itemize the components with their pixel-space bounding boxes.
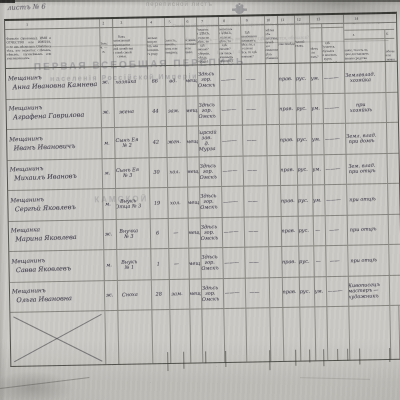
col-header-literacy: Грамотность. а. б. умѣетъ ли читать? гдѣ… bbox=[310, 24, 345, 63]
col-header-name: Фамилія (прозвище), ИМЯ и ОТЧЕСТВО или И… bbox=[5, 28, 101, 68]
cell-age: 1 bbox=[151, 249, 170, 279]
cell-name: Мещанинъ Иванъ Ивановичъ bbox=[7, 128, 103, 159]
cell-relation: Внучка № 3 bbox=[117, 219, 152, 249]
cell-age: 19 bbox=[150, 188, 169, 218]
cell-language: рус. bbox=[299, 216, 315, 246]
top-center-print: переписной листъ bbox=[146, 2, 213, 8]
cell-occupation-side bbox=[389, 245, 399, 275]
cell-sex: ж. bbox=[104, 219, 118, 249]
cell-name: Мещанинъ Сергѣй Яковлевъ bbox=[8, 189, 104, 220]
person-name-entry: Савва Яковлевъ bbox=[11, 266, 71, 275]
cell-resides: —— bbox=[242, 64, 267, 94]
x-cross-mark bbox=[10, 311, 105, 366]
cell-absence bbox=[266, 64, 280, 94]
cell-name: Мещанка Марина Яковлева bbox=[9, 220, 105, 251]
empty-cell bbox=[170, 310, 191, 363]
cell-age: 6 bbox=[151, 219, 170, 249]
cell-absence bbox=[269, 247, 283, 277]
empty-cell bbox=[118, 310, 153, 364]
occupation-a-header: Главное, то есть то, которое доставляетъ… bbox=[344, 39, 386, 62]
col-header-sex: Полъ: м. — ж. bbox=[100, 28, 114, 66]
empty-cell bbox=[246, 308, 271, 361]
cell-resides: —— bbox=[245, 247, 270, 277]
cell-relation: хозяйка bbox=[114, 66, 149, 96]
estate-entry: Мещанинъ bbox=[10, 166, 44, 173]
estate-entry: Мещанка bbox=[11, 227, 40, 234]
col-header-occupation: Занятіе, ремесло, промыслъ, должность ил… bbox=[344, 23, 395, 62]
cell-born: Здѣсь гор. Омскъ bbox=[198, 96, 221, 126]
cell-name: Мещанинъ Анна Ивановна Камнева bbox=[6, 67, 102, 98]
cell-estate-abbr: мещ. bbox=[186, 96, 199, 126]
cell-occupation-side bbox=[386, 62, 396, 92]
cell-literacy-a: ум. bbox=[315, 277, 328, 307]
cell-literacy-b: ——— bbox=[325, 185, 348, 215]
cell-absence bbox=[270, 277, 284, 307]
col-header-estate: Сословіе, состояніе или званіе. bbox=[185, 26, 198, 64]
cell-literacy-a: ум. bbox=[311, 94, 324, 124]
person-name-entry: Ольга Ивановна bbox=[12, 296, 72, 305]
cell-religion: прав. bbox=[281, 155, 299, 185]
cell-born: Здѣсь гор. Омскъ bbox=[200, 187, 223, 217]
cell-literacy-b: ——— bbox=[327, 276, 350, 306]
cell-relation: Внукъ Отца № 3 bbox=[116, 188, 151, 218]
cell-born: Здѣсь гор. Омскъ bbox=[201, 218, 224, 248]
literacy-b-label: б. bbox=[322, 24, 344, 27]
estate-entry: Мещанинъ bbox=[10, 197, 44, 204]
cell-literacy-b: ——— bbox=[323, 93, 346, 123]
top-left-handwritten-note: листъ № 6 bbox=[7, 3, 46, 12]
cell-language: рус. bbox=[296, 94, 312, 124]
occupation-b-label: б. bbox=[385, 29, 394, 37]
cell-sex: ж. bbox=[105, 280, 119, 310]
cell-occupation-side bbox=[388, 184, 398, 214]
cell-occupation: Земл. влад. при домѣ bbox=[346, 123, 388, 153]
estate-entry: Мещанинъ bbox=[12, 288, 46, 295]
cell-occupation-side bbox=[386, 92, 396, 122]
cell-registered: ——— bbox=[220, 95, 243, 125]
cell-absence bbox=[268, 186, 282, 216]
cell-age: 44 bbox=[148, 97, 167, 127]
literacy-a-label: а. bbox=[310, 24, 322, 27]
cell-registered: ——— bbox=[224, 278, 247, 308]
cell-marital: зам. bbox=[166, 96, 187, 126]
cell-marital: хол. bbox=[168, 188, 189, 218]
col-num: 2 bbox=[100, 19, 113, 27]
occupation-b-header: Побочное или вспомогательное. bbox=[385, 39, 394, 62]
empty-cell bbox=[283, 308, 301, 361]
person-name-entry: Иванъ Ивановичъ bbox=[9, 143, 75, 152]
cell-resides: —— bbox=[244, 156, 269, 186]
cell-religion: прав. bbox=[279, 94, 297, 124]
cell-occupation-side bbox=[388, 153, 398, 183]
cell-literacy-b: ——— bbox=[325, 154, 348, 184]
literacy-a-header: умѣетъ ли читать? bbox=[310, 28, 323, 63]
ink-smudge: :· bbox=[112, 362, 114, 367]
cell-literacy-a: — bbox=[314, 216, 327, 246]
cell-estate-abbr: мещ. bbox=[188, 187, 201, 217]
column-tick bbox=[205, 351, 206, 363]
col-header-relation: Какъ записанный приходится главѣ хозяйст… bbox=[113, 27, 148, 66]
cell-occupation-side bbox=[387, 123, 397, 153]
cell-literacy-b: ——— bbox=[323, 63, 346, 93]
occupation-text-row: Главное, то есть то, которое доставляетъ… bbox=[344, 39, 394, 62]
cell-occupation: при отцѣ bbox=[348, 245, 390, 275]
cell-estate-abbr: мещ. bbox=[187, 126, 200, 156]
paper-crease bbox=[0, 377, 89, 389]
cell-literacy-a: ум. bbox=[313, 155, 326, 185]
cell-language: рус. bbox=[296, 63, 312, 93]
col-header-marital: Холостъ, женатъ, вдовъ или разведенъ. bbox=[165, 27, 186, 65]
cell-relation: жена bbox=[114, 97, 149, 127]
col-header-registered: Приписанъ ли ЗДѢСЬ, а если не здѣсь, то … bbox=[219, 26, 242, 64]
cell-religion: прав. bbox=[283, 277, 301, 307]
cell-age: 42 bbox=[149, 127, 168, 157]
cell-resides: —— bbox=[246, 278, 271, 308]
cell-resides: —— bbox=[245, 217, 270, 247]
cell-born: Здѣсь гор. Омскъ bbox=[198, 65, 221, 95]
cell-registered: ——— bbox=[220, 65, 243, 95]
cell-registered: ——— bbox=[222, 187, 245, 217]
cell-estate-abbr: мещ. bbox=[189, 248, 202, 278]
cell-marital: — bbox=[169, 249, 190, 279]
cell-occupation: при отцѣ bbox=[347, 184, 389, 214]
estate-entry: Мещанинъ bbox=[11, 258, 45, 265]
empty-cell bbox=[190, 309, 203, 362]
photo-corner-mark bbox=[0, 0, 15, 3]
person-name-entry: Марина Яковлева bbox=[11, 235, 77, 244]
cell-language: рус. bbox=[300, 277, 316, 307]
cell-absence bbox=[267, 125, 281, 155]
cell-resides: —— bbox=[244, 186, 269, 216]
cell-religion: прав. bbox=[282, 216, 300, 246]
col-header-absence: Отмѣтка объ отсутствіи, отлучкѣ и о врем… bbox=[265, 25, 279, 63]
column-tick bbox=[309, 349, 310, 362]
cell-sex: м. bbox=[103, 158, 117, 188]
cell-name: Мещанинъ Аграфена Гаврилова bbox=[6, 98, 102, 129]
cell-language: рус. bbox=[298, 185, 314, 215]
cell-religion: прав. bbox=[281, 186, 299, 216]
cell-resides: —— bbox=[243, 125, 268, 155]
empty-cell bbox=[224, 309, 247, 362]
ink-smudge: · bbox=[150, 380, 151, 385]
literacy-text-row: умѣетъ ли читать? гдѣ обучается, обучалс… bbox=[310, 27, 344, 62]
person-name-entry: Сергѣй Яковлевъ bbox=[10, 204, 76, 213]
cell-sex: ж. bbox=[101, 97, 115, 127]
person-name-entry: Михаилъ Ивановъ bbox=[10, 174, 77, 183]
cell-registered: ——— bbox=[222, 156, 245, 186]
col-header-religion: Вѣроисповѣданіе. bbox=[278, 25, 296, 63]
col-header-born: Рожденъ ли ЗДѢСЬ, а если не здѣсь, то гд… bbox=[197, 26, 220, 64]
estate-entry: Мещанинъ bbox=[9, 136, 43, 143]
cell-occupation: при отцѣ bbox=[348, 214, 390, 244]
cell-religion: прав. bbox=[279, 64, 297, 94]
cell-religion: прав. bbox=[282, 247, 300, 277]
col-header-resides: Гдѣ обыкновенно проживаетъ: здѣсь ли, а … bbox=[241, 25, 266, 63]
empty-cell bbox=[390, 306, 400, 359]
cell-absence bbox=[266, 94, 280, 124]
cell-sex: ж. bbox=[101, 67, 115, 97]
cell-language: рус. bbox=[297, 124, 313, 154]
cell-occupation: Землевлад. хозяйка bbox=[345, 62, 387, 92]
cell-name: Мещанинъ Савва Яковлевъ bbox=[9, 250, 105, 281]
cell-sex: м. bbox=[104, 250, 118, 280]
cell-estate-abbr: мещ. bbox=[190, 279, 203, 309]
cell-relation: Внукъ № 1 bbox=[117, 249, 152, 279]
cell-registered: ——— bbox=[221, 126, 244, 156]
empty-cell bbox=[349, 306, 391, 360]
cell-occupation: при хозяйкѣ bbox=[345, 93, 387, 123]
cell-born: Здѣсь гор. Омскъ bbox=[200, 157, 223, 187]
cell-marital: жен. bbox=[167, 127, 188, 157]
cell-age: 30 bbox=[150, 158, 169, 188]
scanned-census-sheet: листъ № 6 переписной листъ ПЕРВАЯ ВСЕОБЩ… bbox=[0, 0, 400, 400]
cell-occupation-side bbox=[389, 214, 399, 244]
person-name-entry: Аграфена Гаврилова bbox=[9, 112, 85, 121]
ink-smudge: · bbox=[216, 364, 217, 369]
cell-relation: Сноха bbox=[118, 280, 153, 310]
table-body: Мещанинъ Анна Ивановна Камнева ж. хозяйк… bbox=[6, 62, 400, 313]
cell-literacy-a: ум. bbox=[311, 63, 324, 93]
col-header-language: Родной языкъ. bbox=[295, 24, 311, 62]
cell-occupation: Живописецъ мастеръ — художникъ bbox=[349, 275, 391, 305]
cell-relation: Сынъ Ея № 3 bbox=[116, 158, 151, 188]
col-num: 13 bbox=[310, 15, 344, 24]
literacy-b-header: гдѣ обучается, обучался или кончилъ курс… bbox=[322, 27, 345, 62]
cell-relation: Сынъ Ея № 2 bbox=[115, 127, 150, 157]
empty-cell bbox=[105, 311, 119, 364]
cell-literacy-a: ум. bbox=[313, 185, 326, 215]
cell-born: Здѣсь гор. Омскъ bbox=[201, 248, 224, 278]
estate-entry: Мещанинъ bbox=[8, 75, 42, 82]
col-header-age: Сколько минуло лѣтъ или мѣсяцевъ отъ род… bbox=[147, 27, 166, 65]
cell-estate-abbr: мещ. bbox=[189, 218, 202, 248]
cell-registered: ——— bbox=[223, 248, 246, 278]
cell-born: Здѣсь гор. Омскъ bbox=[202, 279, 225, 309]
cell-resides: —— bbox=[242, 95, 267, 125]
cell-marital: вд. bbox=[166, 66, 187, 96]
column-tick bbox=[337, 349, 338, 361]
cell-marital: хол. bbox=[168, 157, 189, 187]
empty-cell bbox=[152, 310, 171, 363]
cell-marital: зам. bbox=[170, 279, 191, 309]
cell-literacy-b: ——— bbox=[324, 124, 347, 154]
cell-name: Мещанинъ Михаилъ Ивановъ bbox=[8, 159, 104, 190]
cell-occupation-side bbox=[390, 275, 400, 305]
empty-cell bbox=[270, 308, 284, 361]
column-tick bbox=[347, 349, 348, 361]
person-name-entry: Анна Ивановна Камнева bbox=[8, 81, 97, 91]
census-table: ПЕРВАЯ ВСЕОБЩАЯ ПЕРЕПИСЬ населенія Россі… bbox=[4, 12, 400, 367]
paper-crease bbox=[300, 377, 370, 380]
cell-estate-abbr: мещ. bbox=[188, 157, 201, 187]
occupation-a-label: а. bbox=[344, 30, 385, 39]
cell-sex: м. bbox=[102, 128, 116, 158]
empty-cell bbox=[315, 307, 328, 360]
col-num: 3 bbox=[113, 18, 147, 27]
cell-occupation: Зем. влад. при отцѣ bbox=[347, 153, 389, 183]
cell-literacy-a: ум. bbox=[312, 124, 325, 154]
cell-sex: м. bbox=[103, 189, 117, 219]
cell-religion: прав. bbox=[280, 125, 298, 155]
cell-language: рус. bbox=[298, 155, 314, 185]
cell-absence bbox=[269, 216, 283, 246]
estate-entry: Мещанинъ bbox=[9, 105, 43, 112]
cell-marital: — bbox=[169, 218, 190, 248]
cell-absence bbox=[268, 155, 282, 185]
cell-born: Бирскій зав. д. Мурза bbox=[199, 126, 222, 156]
crossed-out-cell bbox=[10, 311, 106, 366]
cell-estate-abbr: мещ. bbox=[186, 65, 199, 95]
cell-name: Мещанинъ Ольга Ивановна bbox=[10, 281, 106, 312]
cell-registered: ——— bbox=[223, 217, 246, 247]
cell-age: 66 bbox=[148, 66, 167, 96]
col-num: 14 bbox=[344, 14, 394, 23]
cell-literacy-a: — bbox=[314, 246, 327, 276]
cell-literacy-b: —— bbox=[326, 246, 349, 276]
cell-literacy-b: —— bbox=[326, 215, 349, 245]
cell-age: 28 bbox=[152, 280, 171, 310]
cell-language: рус. bbox=[299, 246, 315, 276]
col-num: 4 bbox=[147, 18, 165, 26]
